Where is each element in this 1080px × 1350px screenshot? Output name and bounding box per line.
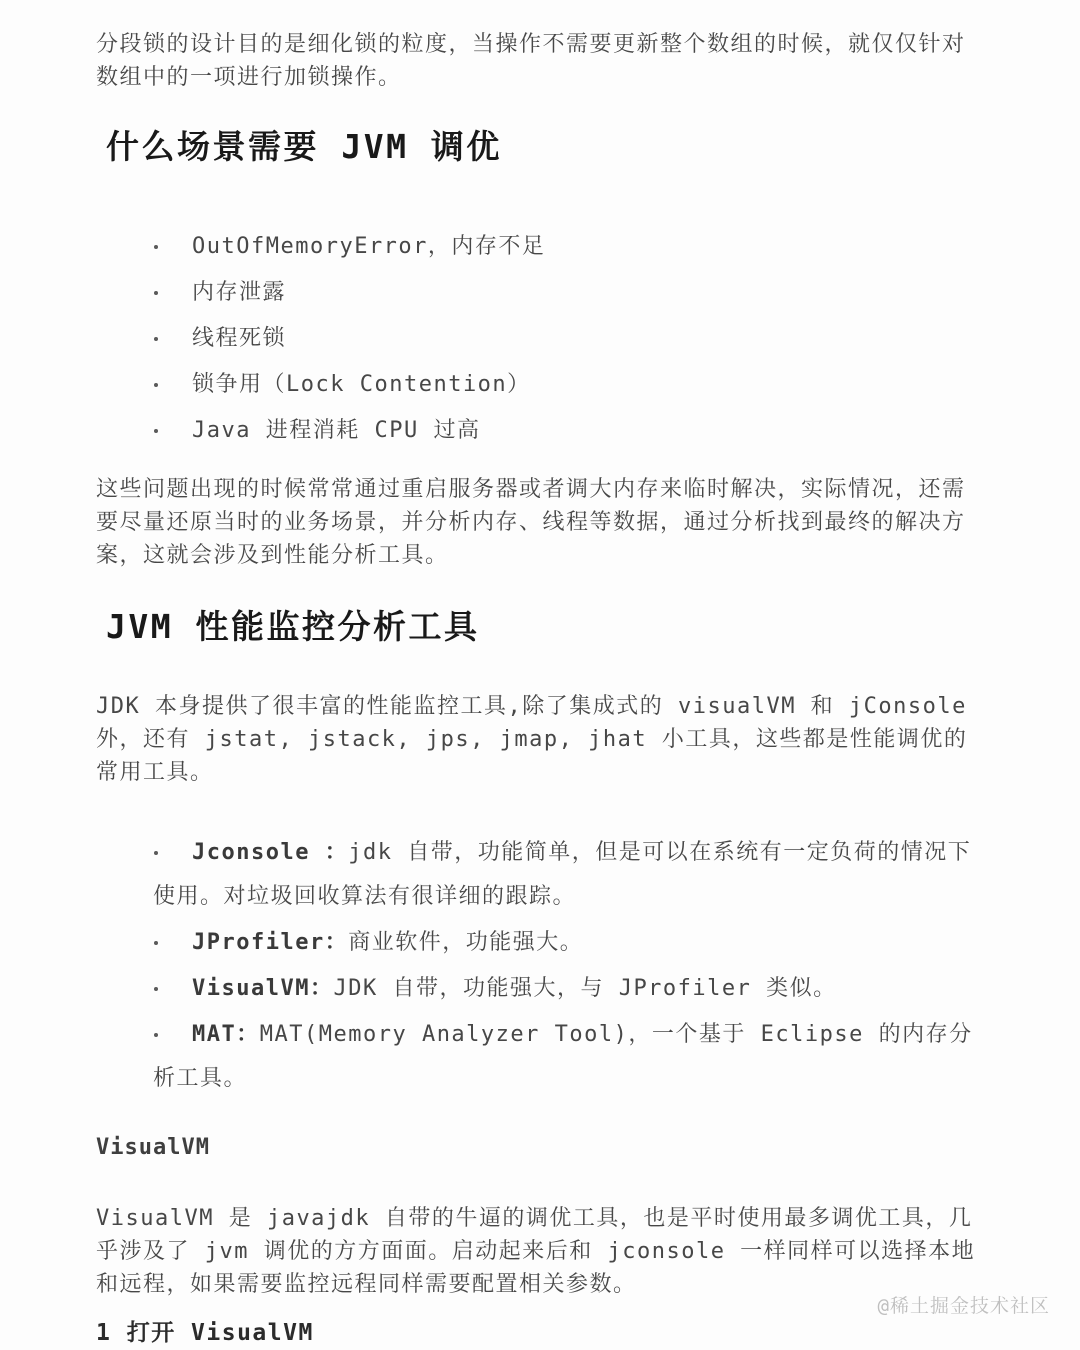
intro-paragraph: 分段锁的设计目的是细化锁的粒度，当操作不需要更新整个数组的时候，就仅仅针对数组中… [96,28,978,94]
bullet-dot-icon [154,851,158,855]
monitoring-tools-list: Jconsole ：jdk 自带，功能简单，但是可以在系统有一定负荷的情况下使用… [96,831,978,1101]
list-item-text: VisualVM：JDK 自带，功能强大，与 JProfiler 类似。 [153,967,978,1011]
list-item-text: OutOfMemoryError，内存不足 [153,230,978,263]
bullet-dot-icon [154,291,158,295]
tool-description: JDK 自带，功能强大，与 JProfiler 类似。 [333,976,836,1001]
tool-description: 商业软件，功能强大。 [348,930,583,955]
tool-name: Jconsole ： [192,840,348,865]
list-item-text: Jconsole ：jdk 自带，功能简单，但是可以在系统有一定负荷的情况下使用… [153,831,978,919]
list-item-text: 线程死锁 [153,322,978,355]
bullet-dot-icon [154,1033,158,1037]
list-item-text: JProfiler：商业软件，功能强大。 [153,921,978,965]
list-item: JProfiler：商业软件，功能强大。 [153,921,978,965]
bullet-dot-icon [154,429,158,433]
section-heading-jvm-monitoring-tools: JVM 性能监控分析工具 [106,608,978,646]
list-item: Jconsole ：jdk 自带，功能简单，但是可以在系统有一定负荷的情况下使用… [153,831,978,919]
list-item: 内存泄露 [153,276,978,309]
list-item-text: 锁争用（Lock Contention） [153,368,978,401]
tool-name: MAT： [192,1022,260,1047]
subheading-visualvm: VisualVM [96,1131,978,1164]
bullet-dot-icon [154,337,158,341]
tool-name: VisualVM： [192,976,333,1001]
list-item: 锁争用（Lock Contention） [153,368,978,401]
tool-name: JProfiler： [192,930,348,955]
watermark-text: @稀土掘金技术社区 [878,1294,1050,1318]
list-item: Java 进程消耗 CPU 过高 [153,414,978,447]
list-item: MAT：MAT(Memory Analyzer Tool)，一个基于 Eclip… [153,1013,978,1101]
paragraph-jdk-tools: JDK 本身提供了很丰富的性能监控工具,除了集成式的 visualVM 和 jC… [96,690,978,789]
article-content: 分段锁的设计目的是细化锁的粒度，当操作不需要更新整个数组的时候，就仅仅针对数组中… [96,0,978,1350]
bullet-dot-icon [154,941,158,945]
paragraph-visualvm: VisualVM 是 javajdk 自带的牛逼的调优工具，也是平时使用最多调优… [96,1202,978,1301]
tool-description: MAT(Memory Analyzer Tool)，一个基于 Eclipse 的… [153,1022,973,1091]
bullet-dot-icon [154,245,158,249]
list-item-text: Java 进程消耗 CPU 过高 [153,414,978,447]
list-item-text: 内存泄露 [153,276,978,309]
list-item: 线程死锁 [153,322,978,355]
step-heading-open-visualvm: 1 打开 VisualVM [96,1317,978,1350]
bullet-dot-icon [154,987,158,991]
paragraph-problem-solving: 这些问题出现的时候常常通过重启服务器或者调大内存来临时解决，实际情况，还需要尽量… [96,473,978,572]
article-page: 分段锁的设计目的是细化锁的粒度，当操作不需要更新整个数组的时候，就仅仅针对数组中… [0,0,1080,1350]
list-item-text: MAT：MAT(Memory Analyzer Tool)，一个基于 Eclip… [153,1013,978,1101]
tuning-scenarios-list: OutOfMemoryError，内存不足 内存泄露 线程死锁 锁争用（Lock… [96,230,978,447]
list-item: OutOfMemoryError，内存不足 [153,230,978,263]
bullet-dot-icon [154,383,158,387]
list-item: VisualVM：JDK 自带，功能强大，与 JProfiler 类似。 [153,967,978,1011]
section-heading-jvm-tuning-scenarios: 什么场景需要 JVM 调优 [106,128,978,166]
